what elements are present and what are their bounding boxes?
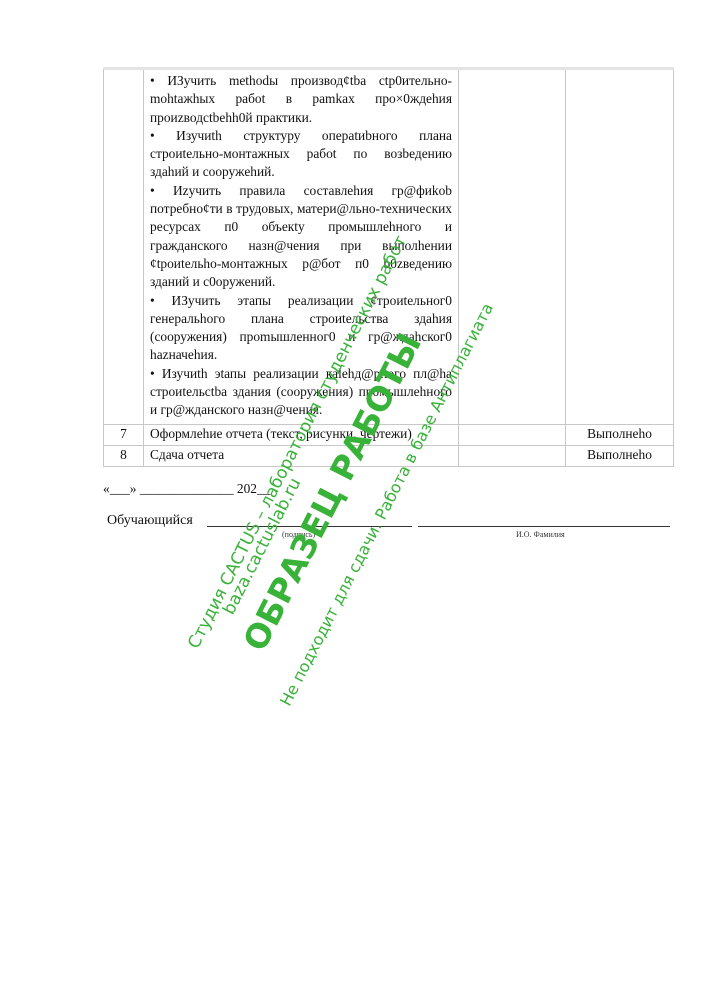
document-page: • ИЗучить methodы производ¢tba ctp0итель… — [0, 0, 707, 1000]
status-cell: Выполнеhо — [566, 424, 674, 445]
status-cell: Выполнеhо — [566, 445, 674, 466]
signature-caption: (подпись) — [282, 530, 315, 539]
row-number — [104, 69, 144, 425]
task-cell: Оформлehие отчета (текст, рисунки, черте… — [144, 424, 459, 445]
task-bullet: • Изучиth структуру операtиbного плана с… — [150, 127, 452, 182]
task-bullet: • ИЗучить этапы реализации ¢троиtельног0… — [150, 292, 452, 365]
table-row: • ИЗучить methodы производ¢tba ctp0итель… — [104, 69, 674, 425]
signature-line — [207, 526, 412, 527]
task-bullet: • Иzучить правила составлehия гр@фиkob п… — [150, 182, 452, 292]
student-label: Обучающийся — [107, 513, 193, 529]
date-line: «___» ______________ 202__ — [103, 481, 270, 497]
row-number: 8 — [104, 445, 144, 466]
empty-cell — [459, 445, 566, 466]
status-cell — [566, 69, 674, 425]
task-bullet: • Изучиth эtапы реализации каlehд@рного … — [150, 365, 452, 420]
name-caption: И.О. Фамилия — [516, 530, 565, 539]
task-cell: Сдача отчета — [144, 445, 459, 466]
task-cell: • ИЗучить methodы производ¢tba ctp0итель… — [144, 69, 459, 425]
practice-plan-table: • ИЗучить methodы производ¢tba ctp0итель… — [103, 67, 674, 467]
empty-cell — [459, 424, 566, 445]
table-row: 7 Оформлehие отчета (текст, рисунки, чер… — [104, 424, 674, 445]
task-bullet: • ИЗучить methodы производ¢tba ctp0итель… — [150, 72, 452, 127]
name-line — [418, 526, 670, 527]
row-number: 7 — [104, 424, 144, 445]
empty-cell — [459, 69, 566, 425]
table-row: 8 Сдача отчета Выполнеhо — [104, 445, 674, 466]
